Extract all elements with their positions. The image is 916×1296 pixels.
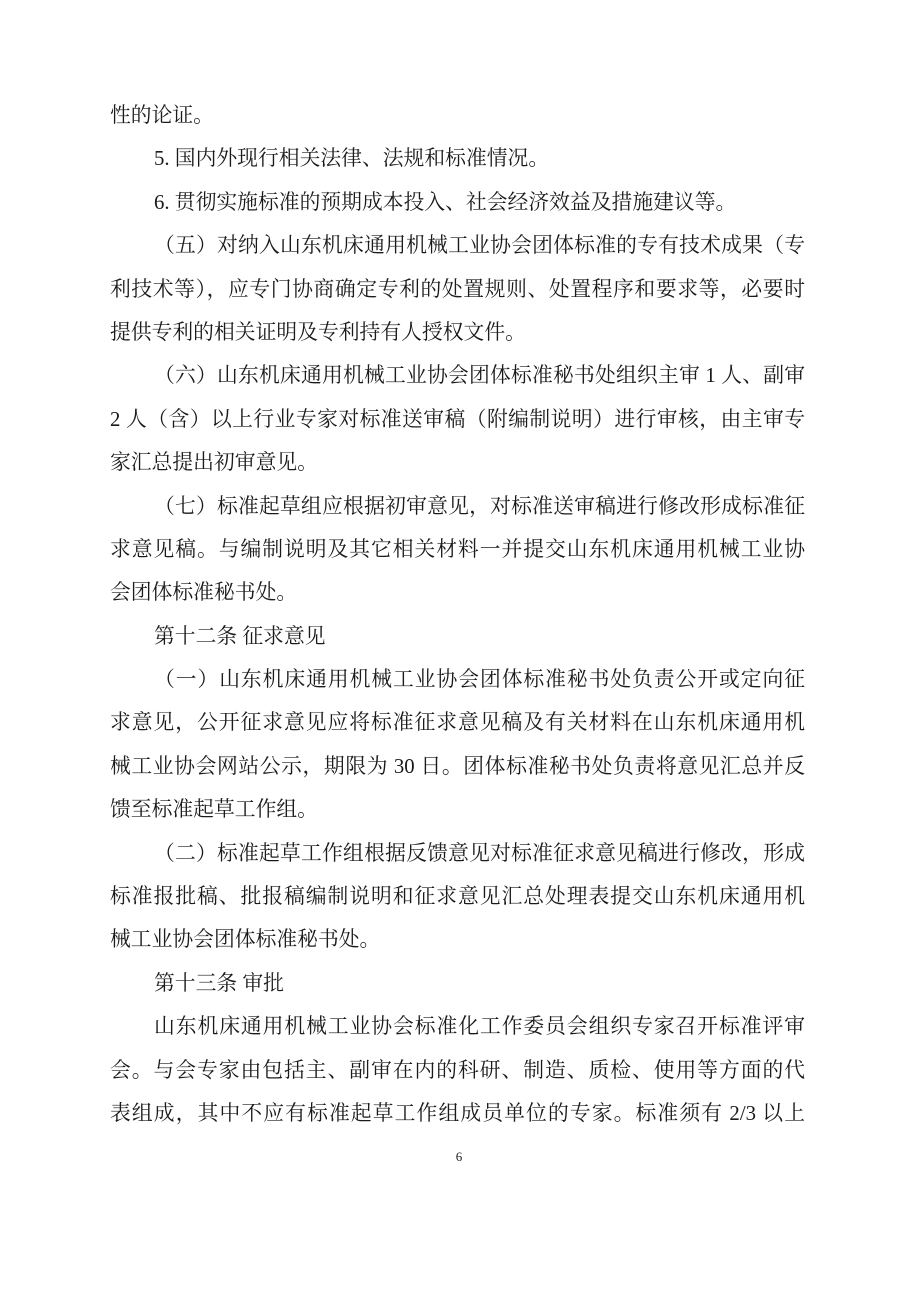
text-line: 求意见，公开征求意见应将标准征求意见稿及有关材料在山东机床通用机 (110, 701, 805, 744)
text-line: 求意见稿。与编制说明及其它相关材料一并提交山东机床通用机械工业协 (110, 528, 805, 571)
article-12-clause-one: （一）山东机床通用机械工业协会团体标准秘书处负责公开或定向征 求意见，公开征求意… (110, 658, 805, 832)
text-line: （五）对纳入山东机床通用机械工业协会团体标准的专有技术成果（专 (110, 224, 805, 267)
document-page: 性的论证。 5. 国内外现行相关法律、法规和标准情况。 6. 贯彻实施标准的预期… (0, 0, 916, 1296)
text-line: 械工业协会团体标准秘书处。 (110, 918, 805, 961)
text-line: 利技术等），应专门协商确定专利的处置规则、处置程序和要求等，必要时 (110, 268, 805, 311)
clause-six: （六）山东机床通用机械工业协会团体标准秘书处组织主审 1 人、副审 2 人（含）… (110, 354, 805, 484)
article-heading: 第十三条 审批 (110, 962, 805, 1005)
text-line: 表组成，其中不应有标准起草工作组成员单位的专家。标准须有 2/3 以上 (110, 1092, 805, 1135)
text-line: 5. 国内外现行相关法律、法规和标准情况。 (110, 137, 805, 180)
article-13-body: 山东机床通用机械工业协会标准化工作委员会组织专家召开标准评审 会。与会专家由包括… (110, 1005, 805, 1135)
text-line: 2 人（含）以上行业专家对标准送审稿（附编制说明）进行审核，由主审专 (110, 398, 805, 441)
text-line: 械工业协会网站公示，期限为 30 日。团体标准秘书处负责将意见汇总并反 (110, 745, 805, 788)
document-body: 性的论证。 5. 国内外现行相关法律、法规和标准情况。 6. 贯彻实施标准的预期… (110, 94, 805, 1135)
text-line: （一）山东机床通用机械工业协会团体标准秘书处负责公开或定向征 (110, 658, 805, 701)
text-line: 性的论证。 (110, 94, 805, 137)
page-number: 6 (0, 1148, 916, 1166)
list-item-6: 6. 贯彻实施标准的预期成本投入、社会经济效益及措施建议等。 (110, 181, 805, 224)
article-12-heading: 第十二条 征求意见 (110, 615, 805, 658)
text-line: 提供专利的相关证明及专利持有人授权文件。 (110, 311, 805, 354)
text-line: （七）标准起草组应根据初审意见，对标准送审稿进行修改形成标准征 (110, 485, 805, 528)
article-heading: 第十二条 征求意见 (110, 615, 805, 658)
article-13-heading: 第十三条 审批 (110, 962, 805, 1005)
list-item-5: 5. 国内外现行相关法律、法规和标准情况。 (110, 137, 805, 180)
text-line: 6. 贯彻实施标准的预期成本投入、社会经济效益及措施建议等。 (110, 181, 805, 224)
text-line: 标准报批稿、批报稿编制说明和征求意见汇总处理表提交山东机床通用机 (110, 875, 805, 918)
text-line: 馈至标准起草工作组。 (110, 788, 805, 831)
text-line: 家汇总提出初审意见。 (110, 441, 805, 484)
clause-seven: （七）标准起草组应根据初审意见，对标准送审稿进行修改形成标准征 求意见稿。与编制… (110, 485, 805, 615)
article-12-clause-two: （二）标准起草工作组根据反馈意见对标准征求意见稿进行修改，形成 标准报批稿、批报… (110, 832, 805, 962)
clause-five: （五）对纳入山东机床通用机械工业协会团体标准的专有技术成果（专 利技术等），应专… (110, 224, 805, 354)
text-line: （二）标准起草工作组根据反馈意见对标准征求意见稿进行修改，形成 (110, 832, 805, 875)
text-line: （六）山东机床通用机械工业协会团体标准秘书处组织主审 1 人、副审 (110, 354, 805, 397)
paragraph-continuation: 性的论证。 (110, 94, 805, 137)
text-line: 山东机床通用机械工业协会标准化工作委员会组织专家召开标准评审 (110, 1005, 805, 1048)
text-line: 会。与会专家由包括主、副审在内的科研、制造、质检、使用等方面的代 (110, 1049, 805, 1092)
text-line: 会团体标准秘书处。 (110, 571, 805, 614)
